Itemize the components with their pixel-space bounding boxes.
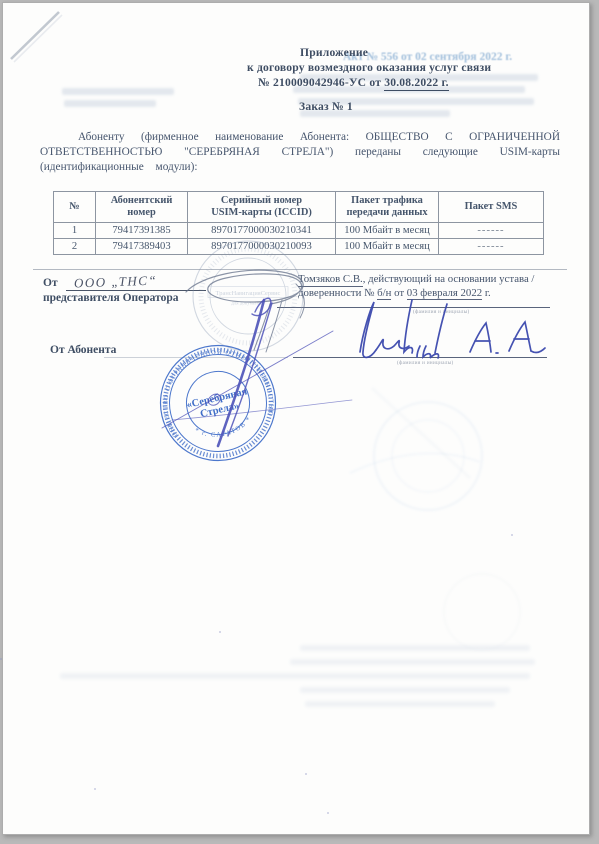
operator-signature-line [277, 307, 550, 308]
col-header-data-package: Пакет трафика передачи данных [336, 192, 439, 223]
cell-index: 1 [54, 223, 96, 239]
intro-paragraph: Абоненту (фирменное наименование Абонент… [40, 130, 560, 174]
scanned-document-screenshot: Акт № 556 от 02 сентября 2022 г. Приложе… [0, 0, 599, 844]
appendix-title: Приложение [300, 46, 368, 59]
table-row: 1 79417391385 8970177000030210341 100 Мб… [54, 223, 544, 239]
contract-number-line: № 210009042946-УС от 30.08.2022 г. [258, 76, 449, 89]
operator-from-label: От [43, 277, 58, 289]
signer-name: Томзяков С.В. [298, 273, 363, 287]
cell-subscriber-number: 79417391385 [96, 223, 188, 239]
cell-data-package: 100 Мбайт в месяц [336, 223, 439, 239]
cell-index: 2 [54, 239, 96, 255]
table-row: 2 79417389403 8970177000030210093 100 Мб… [54, 239, 544, 255]
power-of-attorney-number: б/н [377, 287, 391, 301]
subscriber-from-label: От Абонента [50, 344, 116, 356]
cell-sms-package: ------ [439, 223, 544, 239]
signer-line-2: доверенности № б/н от 03 февраля 2022 г. [298, 287, 566, 301]
contract-number: № 210009042946-УС от [258, 76, 381, 89]
operator-company-handwritten: ООО „ТНС“ [74, 273, 157, 291]
contract-subtitle: к договору возмездного оказания услуг св… [247, 61, 491, 74]
subscriber-left-line [104, 357, 288, 358]
subscriber-signature-line [293, 357, 547, 358]
paper-sheet [2, 2, 590, 835]
operator-company-line [66, 290, 206, 291]
table-header-row: № Абонентский номер Серийный номер USIM-… [54, 192, 544, 223]
cell-sms-package: ------ [439, 239, 544, 255]
usim-table: № Абонентский номер Серийный номер USIM-… [53, 191, 544, 255]
operator-role-label: представителя Оператора [43, 292, 179, 304]
col-header-number: № [54, 192, 96, 223]
cell-data-package: 100 Мбайт в месяц [336, 239, 439, 255]
operator-signer-block: Томзяков С.В., действующий на основании … [298, 273, 566, 300]
order-number: Заказ № 1 [299, 100, 353, 113]
col-header-subscriber-number: Абонентский номер [96, 192, 188, 223]
cell-iccid: 8970177000030210341 [188, 223, 336, 239]
cell-subscriber-number: 79417389403 [96, 239, 188, 255]
col-header-iccid: Серийный номер USIM-карты (ICCID) [188, 192, 336, 223]
power-of-attorney-date: 03 февраля 2022 [407, 287, 482, 301]
cell-iccid: 8970177000030210093 [188, 239, 336, 255]
subscriber-signature-caption: (фамилия и инициалы) [397, 360, 454, 365]
signer-line-1: Томзяков С.В., действующий на основании … [298, 273, 566, 287]
section-divider-line [33, 269, 567, 270]
operator-signature-caption: (фамилия и инициалы) [413, 309, 470, 314]
contract-date: 30.08.2022 г. [384, 76, 449, 91]
col-header-sms-package: Пакет SMS [439, 192, 544, 223]
